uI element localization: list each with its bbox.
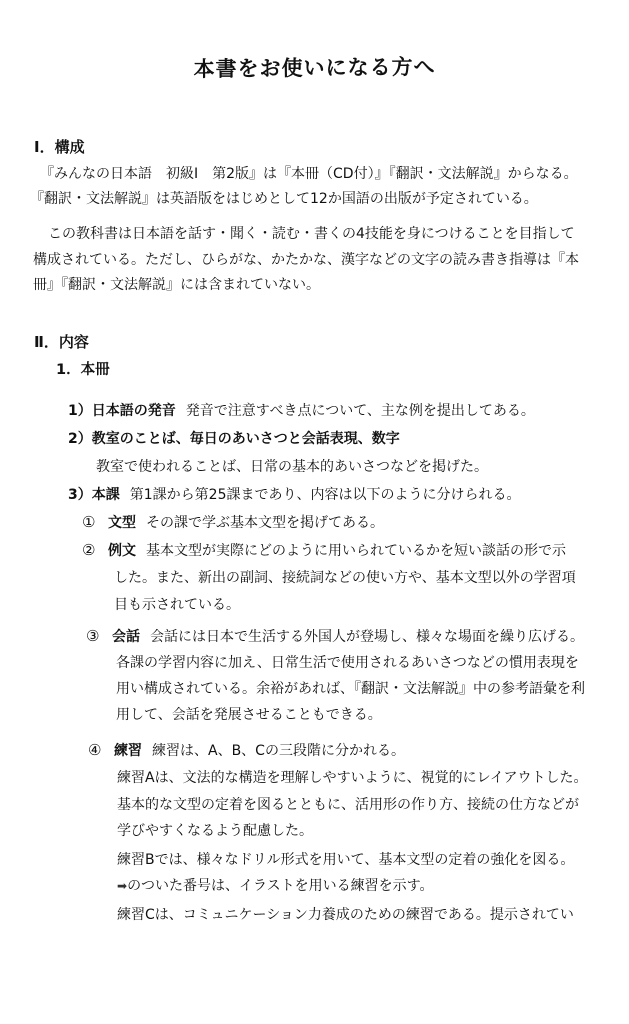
subitem-text: 練習Cは、コミュニケーション力養成のための練習である。提示されてい (117, 906, 574, 924)
paragraph-line: 『みんなの日本語 初級Ⅰ 第2版』は『本冊（CD付）』『翻訳・文法解説』からなる… (40, 165, 578, 183)
item-pronunciation: 1）日本語の発音発音で注意すべき点について、主な例を提出してある。 (68, 402, 535, 420)
subitem-text-arrow-line: ➡のついた番号は、イラストを用いる練習を示す。 (117, 877, 434, 895)
subsection-heading-main-book: 1．本冊 (56, 361, 110, 379)
subitem-text: 用して、会話を発展させることもできる。 (116, 706, 382, 724)
arrow-right-icon: ➡ (117, 879, 127, 893)
item-label: 本課 (92, 487, 120, 503)
subitem-number: ① (82, 513, 108, 531)
subitem-text: のついた番号は、イラストを用いる練習を示す。 (127, 878, 433, 894)
subitem-example-sentences: ②例文基本文型が実際にどのように用いられているかを短い談話の形で示 (82, 541, 566, 560)
subitem-text: 基本文型が実際にどのように用いられているかを短い談話の形で示 (146, 543, 566, 559)
paragraph-line: 構成されている。ただし、ひらがな、かたかな、漢字などの文字の読み書き指導は『本 (33, 251, 579, 269)
subitem-text: 用い構成されている。余裕があれば、『翻訳・文法解説』中の参考語彙を利 (116, 680, 585, 698)
subitem-text: 各課の学習内容に加え、日常生活で使用されるあいさつなどの慣用表現を (116, 654, 579, 672)
subitem-label: 文型 (108, 515, 136, 531)
paragraph-line: この教科書は日本語を話す・聞く・読む・書くの4技能を身につけることを目指して (48, 225, 575, 243)
subitem-practice: ④練習練習は、A、B、Cの三段階に分かれる。 (88, 741, 405, 760)
subitem-number: ④ (88, 741, 114, 759)
subitem-label: 例文 (108, 543, 136, 559)
item-number: 2） (68, 431, 92, 447)
subitem-text: 練習Aは、文法的な構造を理解しやすいように、視覚的にレイアウトした。 (117, 769, 587, 787)
subitem-text: した。また、新出の副詞、接続詞などの使い方や、基本文型以外の学習項 (114, 569, 576, 587)
paragraph-line: 『翻訳・文法解説』は英語版をはじめとして12か国語の出版が予定されている。 (30, 190, 538, 208)
subitem-text: 学びやすくなるよう配慮した。 (117, 822, 313, 840)
item-classroom-language: 2）教室のことば、毎日のあいさつと会話表現、数字 (68, 430, 400, 448)
subitem-label: 会話 (112, 629, 140, 645)
item-label: 日本語の発音 (92, 403, 176, 419)
subitem-text: 基本的な文型の定着を図るとともに、活用形の作り方、接続の仕方などが (117, 796, 579, 814)
paragraph-line: 冊』『翻訳・文法解説』には含まれていない。 (33, 276, 320, 294)
section-heading-composition: Ⅰ．構成 (34, 138, 85, 156)
item-number: 3） (68, 487, 92, 503)
item-lessons: 3）本課第1課から第25課まであり、内容は以下のように分けられる。 (68, 486, 520, 504)
page-title: 本書をお使いになる方へ (0, 49, 629, 86)
item-number: 1） (68, 403, 92, 419)
subitem-number: ③ (86, 627, 112, 645)
item-text: 第1課から第25課まであり、内容は以下のように分けられる。 (130, 487, 521, 503)
subitem-text: 練習は、A、B、Cの三段階に分かれる。 (152, 743, 405, 759)
subitem-text: 練習Bでは、様々なドリル形式を用いて、基本文型の定着の強化を図る。 (117, 851, 574, 869)
section-heading-contents: Ⅱ．内容 (34, 333, 89, 351)
subitem-text: その課で学ぶ基本文型を掲げてある。 (146, 515, 384, 531)
subitem-label: 練習 (114, 743, 142, 759)
item-text: 発音で注意すべき点について、主な例を提出してある。 (186, 403, 535, 419)
item-text: 教室で使われることば、日常の基本的あいさつなどを掲げた。 (96, 458, 488, 476)
item-label: 教室のことば、毎日のあいさつと会話表現、数字 (92, 431, 400, 447)
subitem-sentence-patterns: ①文型その課で学ぶ基本文型を掲げてある。 (82, 513, 384, 532)
subitem-number: ② (82, 541, 108, 559)
subitem-conversation: ③会話会話には日本で生活する外国人が登場し、様々な場面を繰り広げる。 (86, 627, 584, 646)
subitem-text: 目も示されている。 (114, 596, 240, 614)
subitem-text: 会話には日本で生活する外国人が登場し、様々な場面を繰り広げる。 (150, 629, 584, 645)
